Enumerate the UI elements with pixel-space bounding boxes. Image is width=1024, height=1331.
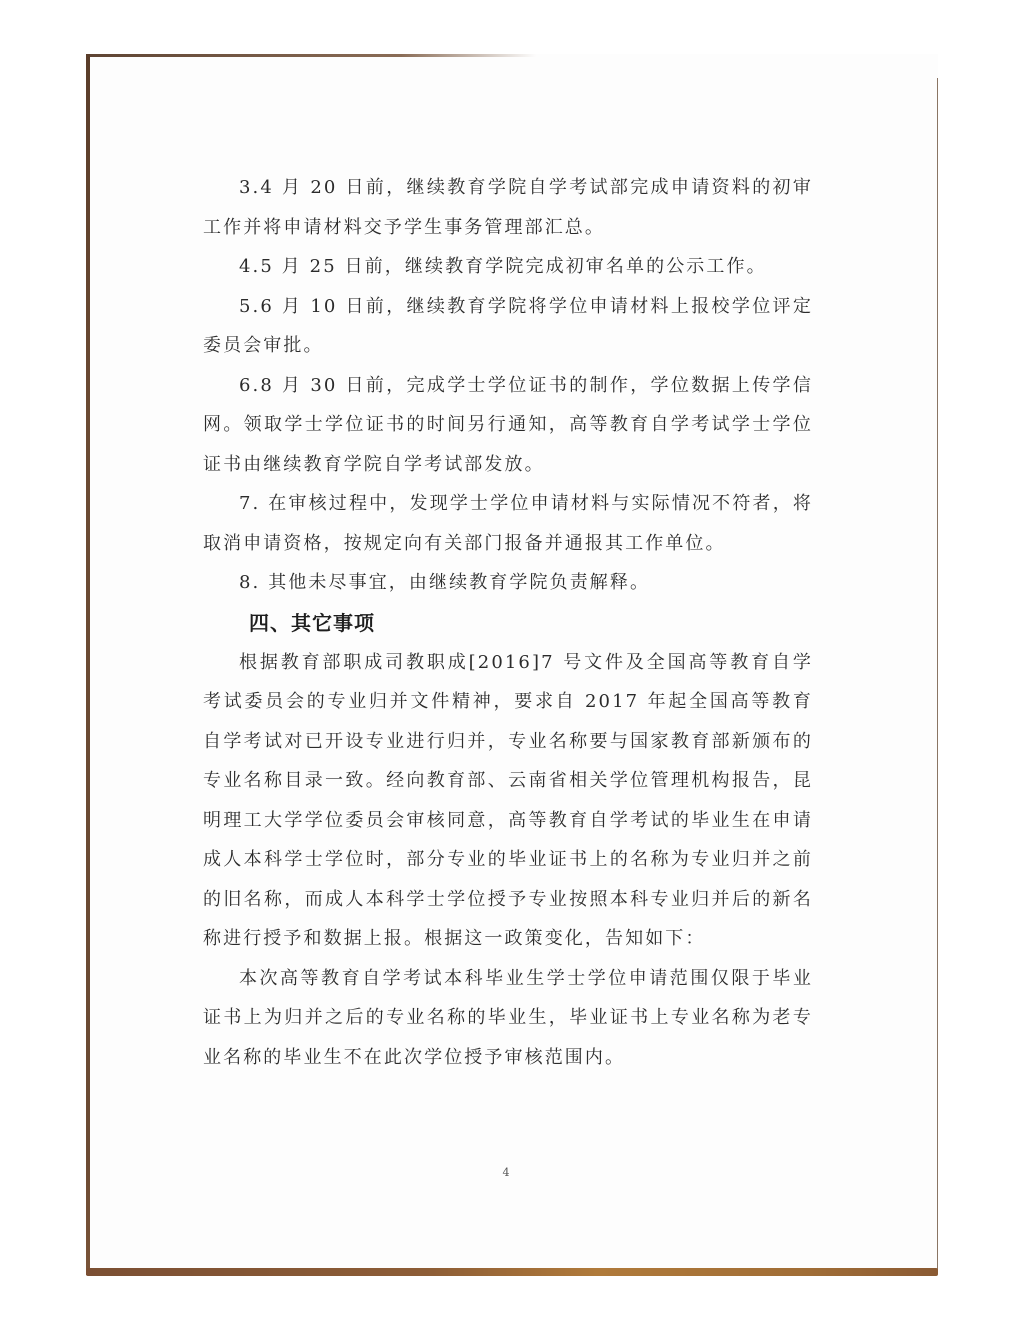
scanned-document: 3.4 月 20 日前，继续教育学院自学考试部完成申请资料的初审工作并将申请材料… [0,0,1024,1331]
paragraph-item-8: 8. 其他未尽事宜，由继续教育学院负责解释。 [203,563,813,603]
section-paragraph-scope: 本次高等教育自学考试本科毕业生学士学位申请范围仅限于毕业证书上为归并之后的专业名… [203,959,813,1078]
paragraph-item-6: 6.8 月 30 日前，完成学士学位证书的制作，学位数据上传学信网。领取学士学位… [203,366,813,485]
paragraph-item-5: 5.6 月 10 日前，继续教育学院将学位申请材料上报校学位评定委员会审批。 [203,287,813,366]
section-heading: 四、其它事项 [203,603,813,643]
page-edge-left [86,54,90,1275]
section-paragraph-policy: 根据教育部职成司教职成[2016]7 号文件及全国高等教育自学考试委员会的专业归… [203,643,813,959]
paragraph-item-4: 4.5 月 25 日前，继续教育学院完成初审名单的公示工作。 [203,247,813,287]
page-edge-bottom [86,1268,938,1276]
page-number: 4 [500,1166,512,1179]
paragraph-item-7: 7. 在审核过程中，发现学士学位申请材料与实际情况不符者，将取消申请资格，按规定… [203,484,813,563]
page-edge-top [86,54,536,57]
document-body: 3.4 月 20 日前，继续教育学院自学考试部完成申请资料的初审工作并将申请材料… [203,168,813,1077]
paragraph-item-3: 3.4 月 20 日前，继续教育学院自学考试部完成申请资料的初审工作并将申请材料… [203,168,813,247]
page-edge-right [937,78,938,1274]
